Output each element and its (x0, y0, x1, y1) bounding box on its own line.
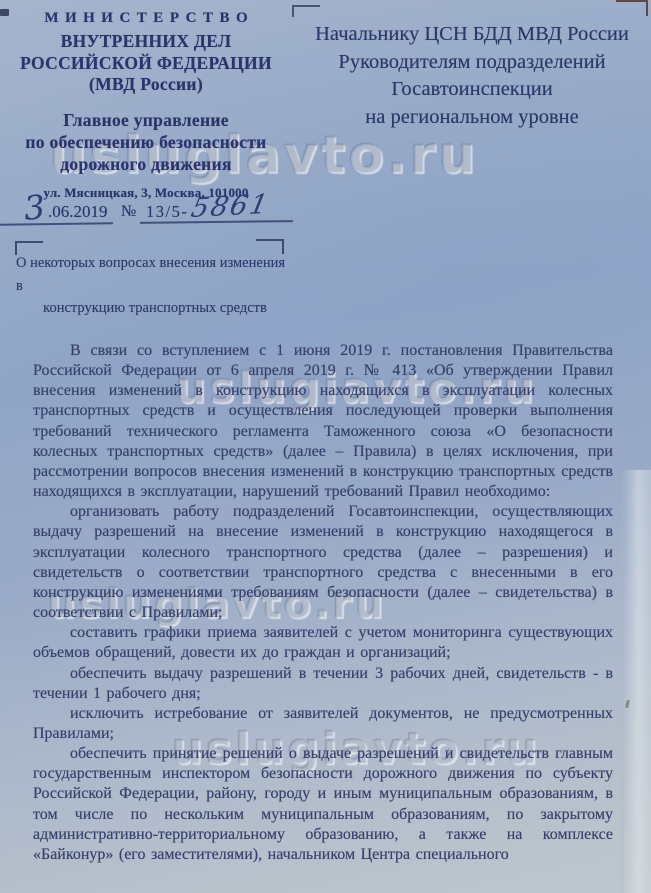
body-paragraph-1: В связи со вступлением с 1 июня 2019 г. … (33, 341, 613, 502)
page-edge-highlight (622, 470, 651, 893)
addressee-line-4: на региональном уровне (298, 104, 646, 132)
date-underline (0, 222, 113, 225)
letter-body: В связи со вступлением с 1 июня 2019 г. … (33, 341, 613, 865)
handwritten-date-day: 3 (22, 187, 46, 228)
subject-line-2: конструкцию транспортных средств (16, 297, 294, 320)
department-line2: по обеспечению безопасности (4, 131, 288, 153)
body-paragraph-2: организовать работу подразделений Госавт… (33, 502, 613, 623)
handwritten-document-number: 5861 (189, 189, 273, 224)
addressee-line-3: Госавтоинспекции (298, 76, 646, 104)
ministry-name-line3: РОССИЙСКОЙ ФЕДЕРАЦИИ (4, 53, 288, 75)
subject-line-1: О некоторых вопросах внесения изменения … (16, 252, 294, 297)
addressee-line-2: Руководителям подразделений (298, 49, 646, 77)
addressee-line-1: Начальнику ЦСН БДД МВД России (298, 21, 646, 49)
department-line1: Главное управление (4, 109, 288, 131)
scanned-letter-page: uslugiavto.ru uslugiavto.ru uslugiavto.r… (0, 0, 651, 893)
addressee-block: Начальнику ЦСН БДД МВД России Руководите… (298, 21, 646, 131)
department-block: Главное управление по обеспечению безопа… (4, 109, 288, 175)
ministry-name-line1: МИНИСТЕРСТВО (4, 10, 288, 27)
body-paragraph-6: обеспечить принятие решений о выдаче раз… (33, 744, 613, 865)
letterhead: МИНИСТЕРСТВО ВНУТРЕННИХ ДЕЛ РОССИЙСКОЙ Ф… (4, 10, 288, 201)
department-line3: дорожного движения (4, 153, 288, 175)
ministry-name-line2: ВНУТРЕННИХ ДЕЛ (4, 31, 288, 53)
body-paragraph-3: составить графики приема заявителей с уч… (33, 623, 613, 663)
document-number-sign: № (121, 203, 136, 221)
typed-date: .06.2019 (48, 202, 108, 222)
ministry-name-line4: (МВД России) (4, 74, 288, 96)
body-paragraph-5: исключить истребование от заявителей док… (33, 704, 613, 744)
subject-block: О некоторых вопросах внесения изменения … (16, 252, 294, 320)
addressee-corner-mark (292, 5, 320, 17)
body-paragraph-4: обеспечить выдачу разрешений в течении 3… (33, 664, 613, 704)
top-right-corner-mark (616, 0, 648, 16)
document-number-prefix: 13/5- (146, 202, 188, 222)
